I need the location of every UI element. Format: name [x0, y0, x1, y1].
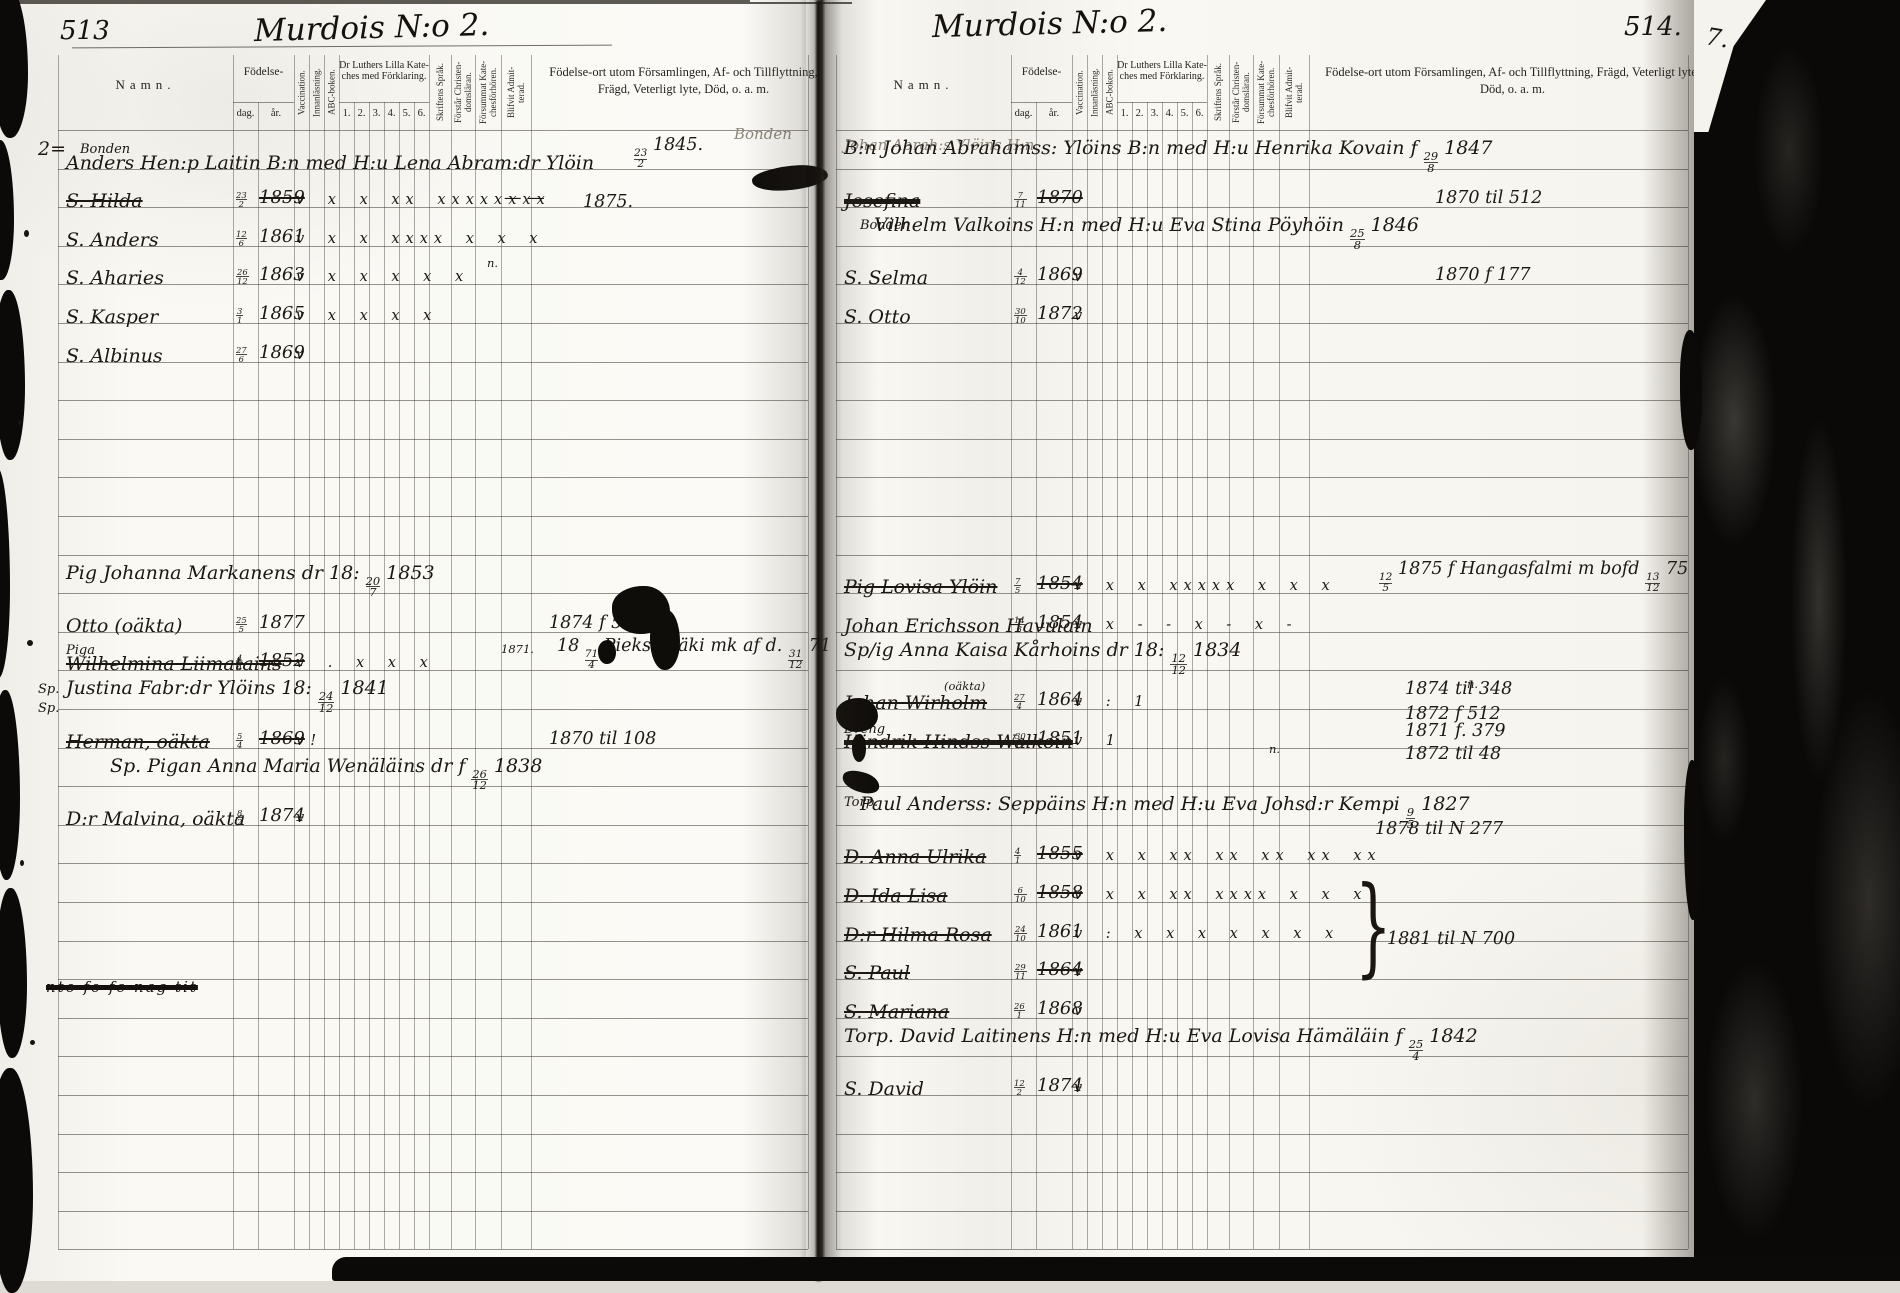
grid-column-line — [1279, 55, 1280, 1249]
entry-name: Piga — [66, 643, 95, 658]
register-entry: S. Otto30101872v — [844, 286, 1758, 328]
grid-row-line — [836, 246, 1688, 247]
grid-row-line — [58, 439, 808, 440]
register-entry: Dreng — [844, 696, 1758, 738]
entry-note: 1870 til 108 — [549, 729, 656, 749]
entry-marks: v x x x x — [296, 308, 437, 324]
grid-row-line — [836, 979, 1688, 980]
entry-birth-year: 1874 — [259, 805, 305, 826]
grid-row-line — [836, 1056, 1688, 1057]
entry-name: S. Anders — [66, 229, 159, 251]
entry-birth-day: 261 — [1014, 991, 1025, 1019]
entry-birth-day: 126 — [236, 219, 247, 247]
brace-mark: } — [1355, 864, 1392, 989]
entry-name: nto fo fe nag tit — [46, 978, 198, 996]
grid-row-line — [836, 284, 1688, 285]
entry-birth-year: 1864 — [1037, 959, 1083, 980]
grid-row-line — [58, 323, 808, 324]
grid-row-line — [58, 1172, 808, 1173]
entry-name: 1878 til N 277 — [1375, 819, 1503, 839]
grid-row-line — [58, 555, 808, 556]
grid-row-line — [836, 477, 1688, 478]
column-header-understands: Förstår Christen- domsläran. — [451, 57, 475, 128]
scan-edge-right — [1694, 0, 1900, 1281]
ink-blot — [598, 640, 616, 664]
column-header-abc-book: ABC-boken. — [324, 57, 339, 128]
entry-name: (oäkta) — [944, 679, 985, 693]
entry-birth-year: 1855 — [1037, 843, 1083, 864]
entry-name: Sp. — [38, 682, 59, 697]
register-table: Namn.Födelse-dag.år.Vaccination.Innanläs… — [0, 0, 1900, 4]
grid-column-line — [309, 55, 310, 1249]
grid-row-line — [58, 169, 808, 170]
entry-birth-day: 41 — [1014, 836, 1021, 864]
grid-subcolumn-line — [1132, 102, 1133, 1249]
entry-birth-year: 1865 — [259, 303, 305, 324]
grid-row-line — [836, 825, 1688, 826]
grid-row-line — [58, 632, 808, 633]
grid-column-line — [501, 55, 502, 1249]
entry-name: 1872 f 512 — [1405, 704, 1501, 724]
grid-row-line — [58, 1018, 808, 1019]
grid-column-line — [1253, 55, 1254, 1249]
column-header-catechism-6: 6. — [414, 108, 429, 120]
column-header-reading: Innanläsning. — [1087, 57, 1102, 128]
grid-row-line — [58, 130, 808, 131]
grid-column-line — [339, 55, 340, 1249]
entry-birth-day: 610 — [1014, 875, 1027, 903]
column-header-admitted: Blifvit Admit- terad. — [1279, 57, 1309, 128]
register-entry: D:r Hilma Rosa24101861v : x x x x x x x — [844, 904, 1758, 946]
entry-name: Hindrik Hindss Walkoin — [844, 731, 1073, 753]
entry-birth-day: 2410 — [1014, 914, 1027, 942]
entry-birth-year: 1863 — [259, 264, 305, 285]
register-entry: S. Mariana2611868v — [844, 981, 1758, 1023]
entry-name: n. — [487, 256, 498, 270]
scanned-register-spread: 513 Murdois N:o 2. Murdois N:o 2. 514. N… — [0, 0, 1900, 1281]
grid-row-line — [58, 593, 808, 594]
entry-name: S. Aharies — [66, 267, 164, 289]
grid-subcolumn-line — [354, 102, 355, 1249]
scan-edge-bottom — [332, 1257, 1900, 1281]
register-entry: B:n Johan Abrahamss: Ylöins B:n med H:u … — [844, 132, 1758, 174]
entry-birth-year: 1852 — [259, 650, 305, 671]
edge-scribble: 7. — [1704, 22, 1731, 53]
grid-subcolumn-line — [258, 102, 259, 1249]
grid-column-line — [58, 55, 59, 1249]
entry-note: — — — [504, 188, 545, 208]
column-header-birth: Födelse- — [1011, 66, 1072, 79]
entry-birth-day: 276 — [236, 335, 247, 363]
entry-marks: v x x xxxxx x x x — [1074, 578, 1336, 594]
grid-row-line — [836, 670, 1688, 671]
grid-row-line — [58, 825, 808, 826]
entry-birth-year: 1864 — [1037, 689, 1083, 710]
column-header-catechism-2: 2. — [354, 108, 369, 120]
column-header-catechism-5: 5. — [1177, 108, 1192, 120]
entry-birth-day: 75 — [1014, 566, 1021, 594]
entry-birth-year: 1858 — [1037, 882, 1083, 903]
page-title-right: Murdois N:o 2. — [932, 3, 1168, 45]
entry-birth-year: 1861 — [1037, 921, 1083, 942]
entry-name: n. — [1467, 677, 1478, 691]
entry-birth-day: 232 — [236, 180, 247, 208]
grid-row-line — [836, 1211, 1688, 1212]
grid-row-line — [58, 670, 808, 671]
column-header-scripture: Skriftens Språk. — [429, 57, 451, 128]
entry-birth-day: 54 — [236, 721, 243, 749]
grid-sub-line — [233, 102, 294, 103]
entry-birth-year: 1872 — [1037, 303, 1083, 324]
entry-marks: v x x xx xx xx xx xx — [1074, 848, 1382, 864]
register-entry: S. Selma4121869v1870 f 177 — [844, 248, 1758, 290]
entry-name: Wilhelmina Liimatains — [66, 653, 282, 675]
grid-row-line — [836, 130, 1688, 131]
grid-column-line — [1207, 55, 1208, 1249]
entry-birth-year: 1861 — [259, 226, 305, 247]
register-entry: Vilhelm Valkoins H:n med H:u Eva Stina P… — [874, 209, 1758, 251]
grid-column-line — [1087, 55, 1088, 1249]
grid-subcolumn-line — [1162, 102, 1163, 1249]
entry-birth-year: 1870 — [1037, 187, 1083, 208]
entry-name: Anders Hen:p Laitin B:n med H:u Lena Abr… — [66, 152, 594, 174]
entry-marks: v x x xx xxxx x x x — [1074, 887, 1367, 903]
grid-row-line — [58, 902, 808, 903]
entry-birth-day: 3012 — [1014, 721, 1027, 749]
entry-marks: v : 1 — [1074, 694, 1150, 710]
register-entry: Josefina71118701870 til 512 — [844, 171, 1758, 213]
grid-row-line — [58, 1211, 808, 1212]
column-header-birth: Födelse- — [233, 66, 294, 79]
grid-subcolumn-line — [1147, 102, 1148, 1249]
grid-row-line — [836, 400, 1688, 401]
entry-birth-year: 1854 — [1037, 573, 1083, 594]
grid-subcolumn-line — [414, 102, 415, 1249]
entry-marks: v x - - x - x - — [1074, 617, 1298, 633]
grid-row-line — [836, 207, 1688, 208]
entry-name: Bonden — [80, 142, 130, 157]
grid-column-line — [1229, 55, 1230, 1249]
grid-row-line — [836, 902, 1688, 903]
gutter-fold-line — [816, 0, 821, 1281]
grid-row-line — [58, 1095, 808, 1096]
register-entry: Pig Lovisa Ylöin751854v x x xxxxx x x x1… — [844, 557, 1758, 599]
grid-row-line — [836, 1095, 1688, 1096]
column-header-catechism-6: 6. — [1192, 108, 1207, 120]
grid-column-line — [1117, 55, 1118, 1249]
column-header-catechism-3: 3. — [1147, 108, 1162, 120]
grid-row-line — [836, 169, 1688, 170]
grid-row-line — [58, 748, 808, 749]
grid-row-line — [58, 284, 808, 285]
gutter-shadow-right — [826, 0, 878, 1281]
entry-birth-day: 31 — [236, 296, 243, 324]
grid-column-line — [294, 55, 295, 1249]
entry-birth-year: 1869 — [1037, 264, 1083, 285]
column-header-catechism: Dr Luthers Lilla Kate- ches med Förklari… — [1117, 60, 1207, 82]
column-header-birth-day: dag. — [1011, 108, 1036, 120]
entry-marks: v x x x x x — [296, 269, 469, 285]
entry-birth-day: 412 — [1014, 257, 1027, 285]
entry-birth-year: 1877 — [259, 612, 305, 633]
entry-birth-day: 2612 — [236, 257, 249, 285]
grid-row-line — [836, 439, 1688, 440]
entry-birth-year: 1869 — [259, 342, 305, 363]
column-header-catechism-2: 2. — [1132, 108, 1147, 120]
entry-birth-day: 122 — [1014, 1068, 1025, 1096]
grid-row-line — [836, 362, 1688, 363]
entry-birth-year: 1851 — [1037, 728, 1083, 749]
grid-row-line — [58, 400, 808, 401]
table-top-border — [0, 2, 852, 4]
grid-row-line — [836, 863, 1688, 864]
grid-column-line — [1309, 55, 1310, 1249]
grid-column-line — [233, 55, 234, 1249]
register-entry: Sp/ig Anna Kaisa Kårhoins dr 18: 1212 18… — [844, 634, 1758, 676]
entry-name: S. Albinus — [66, 345, 163, 367]
entry-name: 1875. — [583, 192, 633, 212]
grid-column-line — [475, 55, 476, 1249]
entry-name: 1871. — [501, 642, 534, 656]
entry-birth-year: 1869 — [259, 728, 305, 749]
grid-row-line — [836, 941, 1688, 942]
grid-row-line — [58, 477, 808, 478]
grid-row-line — [836, 555, 1688, 556]
register-entry: Johan Wirholm2741864v : 1 — [844, 672, 1758, 714]
grid-row-line — [58, 863, 808, 864]
entry-name: 1874 til 348 — [1405, 679, 1512, 699]
ink-blot — [650, 610, 680, 670]
column-header-missed: Försummat Kate- chesförhören. — [475, 57, 501, 128]
register-entry: S. David1221874v — [844, 1058, 1758, 1100]
grid-subcolumn-line — [1192, 102, 1193, 1249]
register-entry: D. Ida Lisa6101858v x x xx xxxx x x x — [844, 865, 1758, 907]
grid-column-line — [324, 55, 325, 1249]
column-header-reading: Innanläsning. — [309, 57, 324, 128]
entry-birth-year: 1854 — [1037, 612, 1083, 633]
column-header-missed: Försummat Kate- chesförhören. — [1253, 57, 1279, 128]
entry-birth-day: 2911 — [1014, 952, 1027, 980]
grid-subcolumn-line — [399, 102, 400, 1249]
register-entry: (oäkta) — [944, 651, 1758, 693]
page-number-left: 513 — [60, 16, 110, 46]
entry-name: Herman, oäkta — [66, 731, 210, 753]
grid-column-line — [451, 55, 452, 1249]
column-header-admitted: Blifvit Admit- terad. — [501, 57, 531, 128]
column-header-catechism-4: 4. — [384, 108, 399, 120]
entry-birth-year: 1868 — [1037, 998, 1083, 1019]
grid-sub-line — [1011, 102, 1072, 103]
column-header-catechism: Dr Luthers Lilla Kate- ches med Förklari… — [339, 60, 429, 82]
entry-birth-day: 44 — [236, 643, 243, 671]
gutter-shadow-left — [742, 0, 806, 1281]
grid-column-line — [1102, 55, 1103, 1249]
entry-name: Johan Erichsson Havulain — [844, 615, 1093, 637]
right-edge-shade — [1642, 0, 1696, 1281]
grid-row-line — [836, 593, 1688, 594]
entry-note: 1870 f 177 — [1435, 265, 1531, 285]
register-entry: S. Paul29111864v — [844, 943, 1758, 985]
entry-birth-day: 711 — [1014, 180, 1027, 208]
grid-row-line — [58, 362, 808, 363]
column-header-vaccination: Vaccination. — [294, 57, 309, 128]
entry-birth-day: 143 — [1014, 605, 1025, 633]
entry-birth-day: 255 — [236, 605, 247, 633]
entry-name: 2= — [38, 138, 66, 160]
entry-birth-day: 274 — [1014, 682, 1025, 710]
column-header-understands: Förstår Christen- domsläran. — [1229, 57, 1253, 128]
column-header-scripture: Skriftens Språk. — [1207, 57, 1229, 128]
grid-row-line — [58, 1056, 808, 1057]
page-title-left: Murdois N:o 2. — [254, 7, 490, 49]
grid-row-line — [58, 1134, 808, 1135]
column-header-vaccination: Vaccination. — [1072, 57, 1087, 128]
column-header-birth-day: dag. — [233, 108, 258, 120]
register-entry: Johan Erichsson Havulain1431854v x - - x… — [844, 595, 1758, 637]
column-header-catechism-3: 3. — [369, 108, 384, 120]
grid-row-line — [58, 246, 808, 247]
entry-name: 1871 f. 379 — [1405, 721, 1505, 741]
register-entry: D. Anna Ulrika411855v x x xx xx xx xx xx — [844, 827, 1758, 869]
entry-name: 1881 til N 700 — [1387, 929, 1515, 949]
grid-column-line — [1072, 55, 1073, 1249]
column-header-abc-book: ABC-boken. — [1102, 57, 1117, 128]
grid-row-line — [58, 941, 808, 942]
entry-name: Sp. — [38, 701, 59, 716]
entry-birth-day: 82 — [236, 798, 243, 826]
register-entry: Torp. David Laitinens H:n med H:u Eva Lo… — [844, 1020, 1758, 1062]
grid-subcolumn-line — [384, 102, 385, 1249]
grid-column-line — [429, 55, 430, 1249]
grid-row-line — [58, 709, 808, 710]
grid-row-line — [836, 1134, 1688, 1135]
grid-subcolumn-line — [1036, 102, 1037, 1249]
grid-subcolumn-line — [369, 102, 370, 1249]
grid-row-line — [58, 1249, 808, 1250]
entry-birth-year: 1874 — [1037, 1075, 1083, 1096]
title-underline — [72, 45, 612, 49]
entry-birth-day: 3010 — [1014, 296, 1027, 324]
grid-row-line — [836, 1172, 1688, 1173]
entry-note: 1870 til 512 — [1435, 188, 1542, 208]
entry-name: D:r Malvina, oäkta — [66, 808, 245, 830]
grid-row-line — [58, 786, 808, 787]
grid-row-line — [58, 516, 808, 517]
entry-note: 232 1845. — [634, 135, 703, 170]
column-header-catechism-1: 1. — [339, 108, 354, 120]
column-header-catechism-4: 4. — [1162, 108, 1177, 120]
grid-row-line — [836, 323, 1688, 324]
grid-row-line — [836, 516, 1688, 517]
grid-row-line — [58, 979, 808, 980]
entry-name: S. Kasper — [66, 306, 158, 328]
column-header-catechism-5: 5. — [399, 108, 414, 120]
grid-row-line — [836, 1249, 1688, 1250]
register-entry: Torp. — [844, 769, 1758, 811]
entry-name: S. Hilda — [66, 190, 143, 212]
entry-marks: v x x xx xxxxxxxx — [296, 192, 551, 208]
entry-birth-year: 1859 — [259, 187, 305, 208]
column-header-name: Namn. — [58, 78, 233, 93]
register-entry: Hindrik Hindss Walkoin30121851v 1 — [844, 711, 1758, 753]
grid-row-line — [836, 786, 1688, 787]
grid-row-line — [836, 748, 1688, 749]
grid-row-line — [836, 709, 1688, 710]
column-header-birth-year: år. — [258, 108, 294, 120]
entry-marks: v 1 — [1074, 733, 1121, 749]
grid-subcolumn-line — [1177, 102, 1178, 1249]
column-header-catechism-1: 1. — [1117, 108, 1132, 120]
grid-row-line — [58, 207, 808, 208]
grid-column-line — [1011, 55, 1012, 1249]
entry-name: Otto (oäkta) — [66, 615, 182, 637]
grid-column-line — [531, 55, 532, 1249]
grid-row-line — [836, 1018, 1688, 1019]
grid-row-line — [836, 632, 1688, 633]
entry-marks: v x x xxxx x x x — [296, 231, 543, 247]
column-header-birth-year: år. — [1036, 108, 1072, 120]
